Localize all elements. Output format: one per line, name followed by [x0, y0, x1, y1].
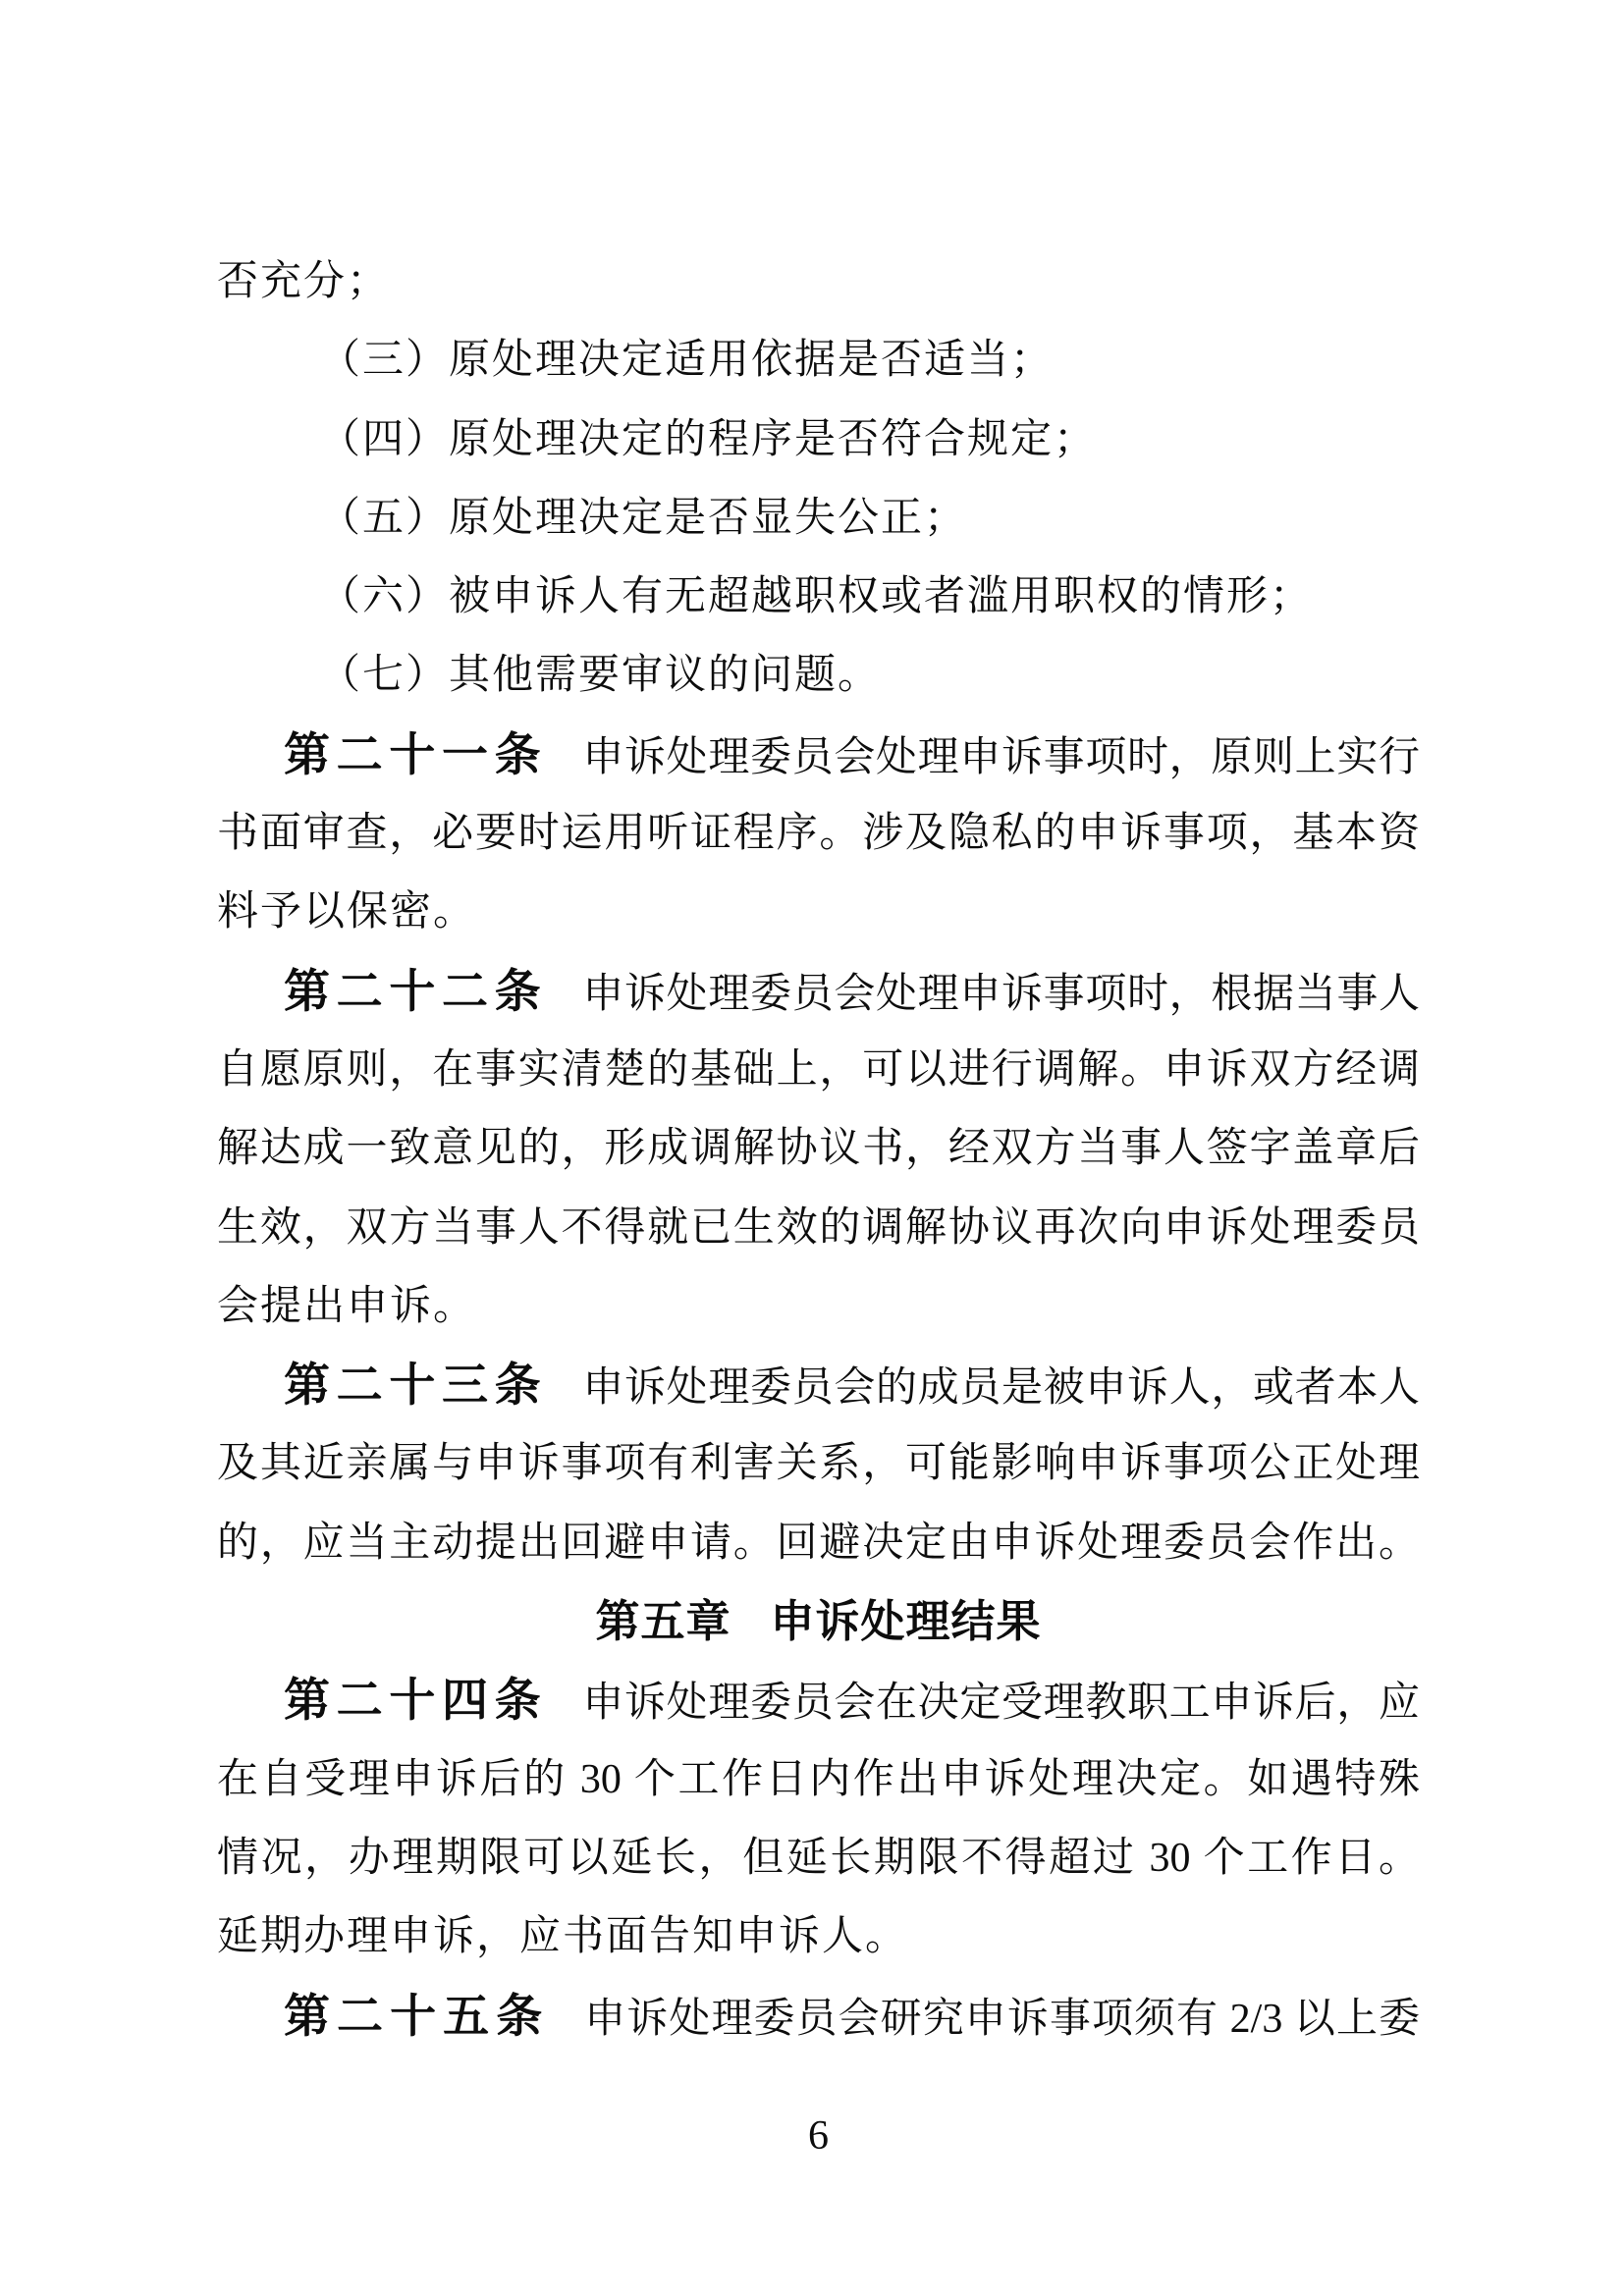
clause-line: （三）原处理决定适用依据是否适当； [217, 321, 1420, 400]
doc-line: 解达成一致意见的，形成调解协议书，经双方当事人签字盖章后 [217, 1109, 1420, 1188]
article-text: 申诉处理委员会的成员是被申诉人，或者本人 [582, 1365, 1420, 1411]
clause-line: （七）其他需要审议的问题。 [217, 636, 1420, 715]
article-number: 第二十二条 [284, 965, 547, 1017]
doc-line: 的，应当主动提出回避申请。回避决定由申诉处理委员会作出。 [217, 1504, 1420, 1582]
text-block: 否充分； （三）原处理决定适用依据是否适当； （四）原处理决定的程序是否符合规定… [217, 242, 1420, 2056]
document-page: 否充分； （三）原处理决定适用依据是否适当； （四）原处理决定的程序是否符合规定… [0, 0, 1624, 2296]
doc-line: 在自受理申诉后的 30 个工作日内作出申诉处理决定。如遇特殊 [217, 1740, 1420, 1819]
doc-line: 料予以保密。 [217, 873, 1420, 951]
doc-line: 延期办理申诉，应书面告知申诉人。 [217, 1897, 1420, 1976]
article-number: 第二十一条 [284, 728, 547, 780]
article-line: 第二十一条申诉处理委员会处理申诉事项时，原则上实行 [217, 716, 1420, 794]
chapter-number: 第五章 [595, 1596, 731, 1646]
doc-line: 生效，双方当事人不得就已生效的调解协议再次向申诉处理委员 [217, 1189, 1420, 1267]
clause-line: （五）原处理决定是否显失公正； [217, 479, 1420, 558]
article-number: 第二十四条 [284, 1674, 547, 1726]
page-number: 6 [217, 2097, 1420, 2175]
article-text: 申诉处理委员会在决定受理教职工申诉后，应 [582, 1681, 1420, 1726]
chapter-title: 申诉处理结果 [771, 1596, 1042, 1646]
doc-line: 情况，办理期限可以延长，但延长期限不得超过 30 个工作日。 [217, 1819, 1420, 1897]
article-text: 申诉处理委员会处理申诉事项时，原则上实行 [582, 735, 1420, 780]
article-text: 申诉处理委员会处理申诉事项时，根据当事人 [582, 972, 1420, 1017]
doc-line: 自愿原则，在事实清楚的基础上，可以进行调解。申诉双方经调 [217, 1031, 1420, 1109]
article-number: 第二十五条 [284, 1990, 549, 2042]
article-line: 第二十二条申诉处理委员会处理申诉事项时，根据当事人 [217, 952, 1420, 1031]
clause-line: （六）被申诉人有无超越职权或者滥用职权的情形； [217, 558, 1420, 636]
article-line: 第二十四条申诉处理委员会在决定受理教职工申诉后，应 [217, 1661, 1420, 1739]
article-line: 第二十五条申诉处理委员会研究申诉事项须有 2/3 以上委 [217, 1977, 1420, 2056]
article-line: 第二十三条申诉处理委员会的成员是被申诉人，或者本人 [217, 1346, 1420, 1424]
article-number: 第二十三条 [284, 1359, 547, 1411]
doc-line: 书面审查，必要时运用听证程序。涉及隐私的申诉事项，基本资 [217, 794, 1420, 873]
doc-line: 否充分； [217, 242, 1420, 321]
chapter-heading: 第五章申诉处理结果 [217, 1582, 1420, 1661]
article-text: 申诉处理委员会研究申诉事项须有 2/3 以上委 [584, 1997, 1420, 2042]
doc-line: 及其近亲属与申诉事项有利害关系，可能影响申诉事项公正处理 [217, 1424, 1420, 1503]
doc-line: 会提出申诉。 [217, 1267, 1420, 1346]
clause-line: （四）原处理决定的程序是否符合规定； [217, 400, 1420, 479]
